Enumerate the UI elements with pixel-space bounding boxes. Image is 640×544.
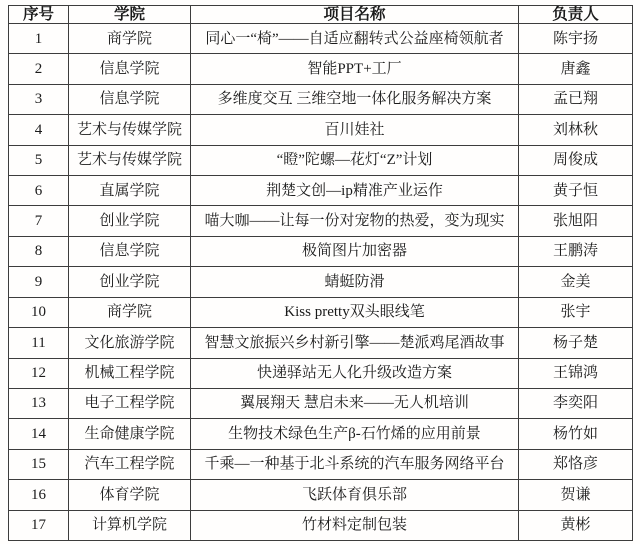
- cell-leader: 周俊成: [519, 145, 633, 175]
- col-header-index: 序号: [9, 6, 69, 24]
- cell-leader: 王鹏涛: [519, 236, 633, 266]
- cell-index: 11: [9, 328, 69, 358]
- cell-leader: 金美: [519, 267, 633, 297]
- cell-index: 15: [9, 449, 69, 479]
- cell-college: 艺术与传媒学院: [69, 145, 191, 175]
- table-body: 1商学院同心一“椅”——自适应翻转式公益座椅领航者陈宇扬2信息学院智能PPT+工…: [9, 24, 633, 541]
- cell-index: 14: [9, 419, 69, 449]
- cell-college: 电子工程学院: [69, 388, 191, 418]
- header-row: 序号 学院 项目名称 负责人: [9, 6, 633, 24]
- table-row: 16体育学院飞跃体育俱乐部贺谦: [9, 480, 633, 510]
- cell-college: 文化旅游学院: [69, 328, 191, 358]
- cell-leader: 陈宇扬: [519, 24, 633, 54]
- cell-index: 8: [9, 236, 69, 266]
- table-row: 12机械工程学院快递驿站无人化升级改造方案王锦鸿: [9, 358, 633, 388]
- cell-index: 7: [9, 206, 69, 236]
- cell-college: 直属学院: [69, 176, 191, 206]
- cell-project: 千乘—一种基于北斗系统的汽车服务网络平台: [191, 449, 519, 479]
- cell-project: 快递驿站无人化升级改造方案: [191, 358, 519, 388]
- cell-project: 同心一“椅”——自适应翻转式公益座椅领航者: [191, 24, 519, 54]
- cell-college: 信息学院: [69, 236, 191, 266]
- table-row: 6直属学院荆楚文创—ip精准产业运作黄子恒: [9, 176, 633, 206]
- cell-project: 百川娃社: [191, 115, 519, 145]
- table-row: 17计算机学院竹材料定制包装黄彬: [9, 510, 633, 540]
- cell-leader: 张宇: [519, 297, 633, 327]
- cell-project: 竹材料定制包装: [191, 510, 519, 540]
- project-roster-table: 序号 学院 项目名称 负责人 1商学院同心一“椅”——自适应翻转式公益座椅领航者…: [8, 5, 633, 541]
- cell-index: 2: [9, 54, 69, 84]
- cell-project: 翼展翔天 慧启未来——无人机培训: [191, 388, 519, 418]
- cell-project: 喵大咖——让每一份对宠物的热爱，变为现实: [191, 206, 519, 236]
- cell-leader: 张旭阳: [519, 206, 633, 236]
- cell-index: 12: [9, 358, 69, 388]
- cell-project: 多维度交互 三维空地一体化服务解决方案: [191, 84, 519, 114]
- cell-leader: 刘林秋: [519, 115, 633, 145]
- cell-college: 商学院: [69, 24, 191, 54]
- table-row: 9创业学院蜻蜓防滑金美: [9, 267, 633, 297]
- cell-leader: 孟已翔: [519, 84, 633, 114]
- cell-index: 9: [9, 267, 69, 297]
- cell-college: 体育学院: [69, 480, 191, 510]
- cell-project: 荆楚文创—ip精准产业运作: [191, 176, 519, 206]
- table-row: 1商学院同心一“椅”——自适应翻转式公益座椅领航者陈宇扬: [9, 24, 633, 54]
- cell-project: 生物技术绿色生产β-石竹烯的应用前景: [191, 419, 519, 449]
- cell-index: 3: [9, 84, 69, 114]
- cell-index: 5: [9, 145, 69, 175]
- cell-project: 智慧文旅振兴乡村新引擎——楚派鸡尾酒故事: [191, 328, 519, 358]
- cell-college: 商学院: [69, 297, 191, 327]
- col-header-leader: 负责人: [519, 6, 633, 24]
- cell-leader: 杨子楚: [519, 328, 633, 358]
- cell-college: 生命健康学院: [69, 419, 191, 449]
- cell-leader: 黄彬: [519, 510, 633, 540]
- cell-leader: 李奕阳: [519, 388, 633, 418]
- cell-college: 创业学院: [69, 206, 191, 236]
- cell-leader: 贺谦: [519, 480, 633, 510]
- cell-project: 蜻蜓防滑: [191, 267, 519, 297]
- cell-leader: 杨竹如: [519, 419, 633, 449]
- table-row: 4艺术与传媒学院百川娃社刘林秋: [9, 115, 633, 145]
- cell-project: Kiss pretty双头眼线笔: [191, 297, 519, 327]
- cell-college: 信息学院: [69, 84, 191, 114]
- cell-college: 创业学院: [69, 267, 191, 297]
- col-header-college: 学院: [69, 6, 191, 24]
- cell-index: 10: [9, 297, 69, 327]
- cell-index: 4: [9, 115, 69, 145]
- cell-college: 计算机学院: [69, 510, 191, 540]
- table-row: 7创业学院喵大咖——让每一份对宠物的热爱，变为现实张旭阳: [9, 206, 633, 236]
- table-row: 3信息学院多维度交互 三维空地一体化服务解决方案孟已翔: [9, 84, 633, 114]
- table-row: 10商学院Kiss pretty双头眼线笔张宇: [9, 297, 633, 327]
- cell-leader: 黄子恒: [519, 176, 633, 206]
- cell-project: 智能PPT+工厂: [191, 54, 519, 84]
- table-row: 14生命健康学院生物技术绿色生产β-石竹烯的应用前景杨竹如: [9, 419, 633, 449]
- table-row: 15汽车工程学院千乘—一种基于北斗系统的汽车服务网络平台郑恪彦: [9, 449, 633, 479]
- cell-index: 13: [9, 388, 69, 418]
- cell-college: 信息学院: [69, 54, 191, 84]
- cell-leader: 王锦鸿: [519, 358, 633, 388]
- cell-project: 飞跃体育俱乐部: [191, 480, 519, 510]
- cell-index: 6: [9, 176, 69, 206]
- cell-project: “瞪”陀螺—花灯“Z”计划: [191, 145, 519, 175]
- cell-college: 汽车工程学院: [69, 449, 191, 479]
- table-row: 2信息学院智能PPT+工厂唐鑫: [9, 54, 633, 84]
- cell-leader: 唐鑫: [519, 54, 633, 84]
- cell-leader: 郑恪彦: [519, 449, 633, 479]
- table-row: 5艺术与传媒学院“瞪”陀螺—花灯“Z”计划周俊成: [9, 145, 633, 175]
- cell-index: 17: [9, 510, 69, 540]
- cell-college: 艺术与传媒学院: [69, 115, 191, 145]
- cell-project: 极简图片加密器: [191, 236, 519, 266]
- cell-college: 机械工程学院: [69, 358, 191, 388]
- cell-index: 1: [9, 24, 69, 54]
- col-header-project: 项目名称: [191, 6, 519, 24]
- table-row: 11文化旅游学院智慧文旅振兴乡村新引擎——楚派鸡尾酒故事杨子楚: [9, 328, 633, 358]
- table-row: 13电子工程学院翼展翔天 慧启未来——无人机培训李奕阳: [9, 388, 633, 418]
- table-row: 8信息学院极简图片加密器王鹏涛: [9, 236, 633, 266]
- cell-index: 16: [9, 480, 69, 510]
- page: 序号 学院 项目名称 负责人 1商学院同心一“椅”——自适应翻转式公益座椅领航者…: [0, 0, 640, 544]
